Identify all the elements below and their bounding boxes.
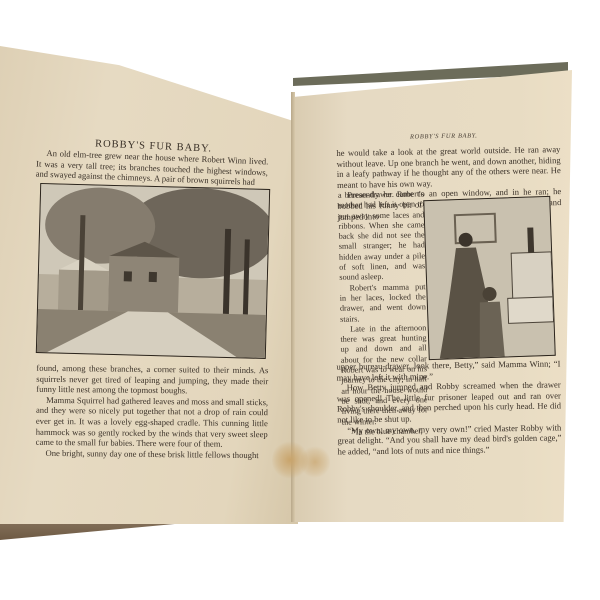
woman-boy-bureau-engraving-icon (424, 197, 554, 359)
paragraph: a bureau-drawer. Robert's mother had lef… (338, 189, 426, 283)
house-engraving-icon (37, 184, 269, 358)
water-stain (300, 445, 330, 479)
paragraph: Robert's mamma put in her laces, locked … (339, 282, 426, 325)
house-illustration (36, 183, 270, 359)
paragraph: he would take a look at the great world … (336, 144, 561, 190)
open-book-photo: ROBBY'S FUR BABY. An old elm-tree grew n… (0, 0, 600, 600)
paragraph: Mamma Squirrel had gathered leaves and m… (36, 395, 269, 450)
left-text-bottom: found, among these branches, a corner su… (36, 363, 269, 461)
running-head: ROBBY'S FUR BABY. (410, 132, 478, 140)
paragraph: found, among these branches, a corner su… (36, 363, 268, 397)
right-text-bottom: upper bureau-drawer, look there, Betty,”… (336, 358, 561, 456)
room-illustration (423, 196, 556, 360)
paragraph: How Betty jumped and Robby screamed when… (337, 380, 562, 425)
paragraph: “My own, my own, my very own!” cried Mas… (337, 422, 561, 457)
